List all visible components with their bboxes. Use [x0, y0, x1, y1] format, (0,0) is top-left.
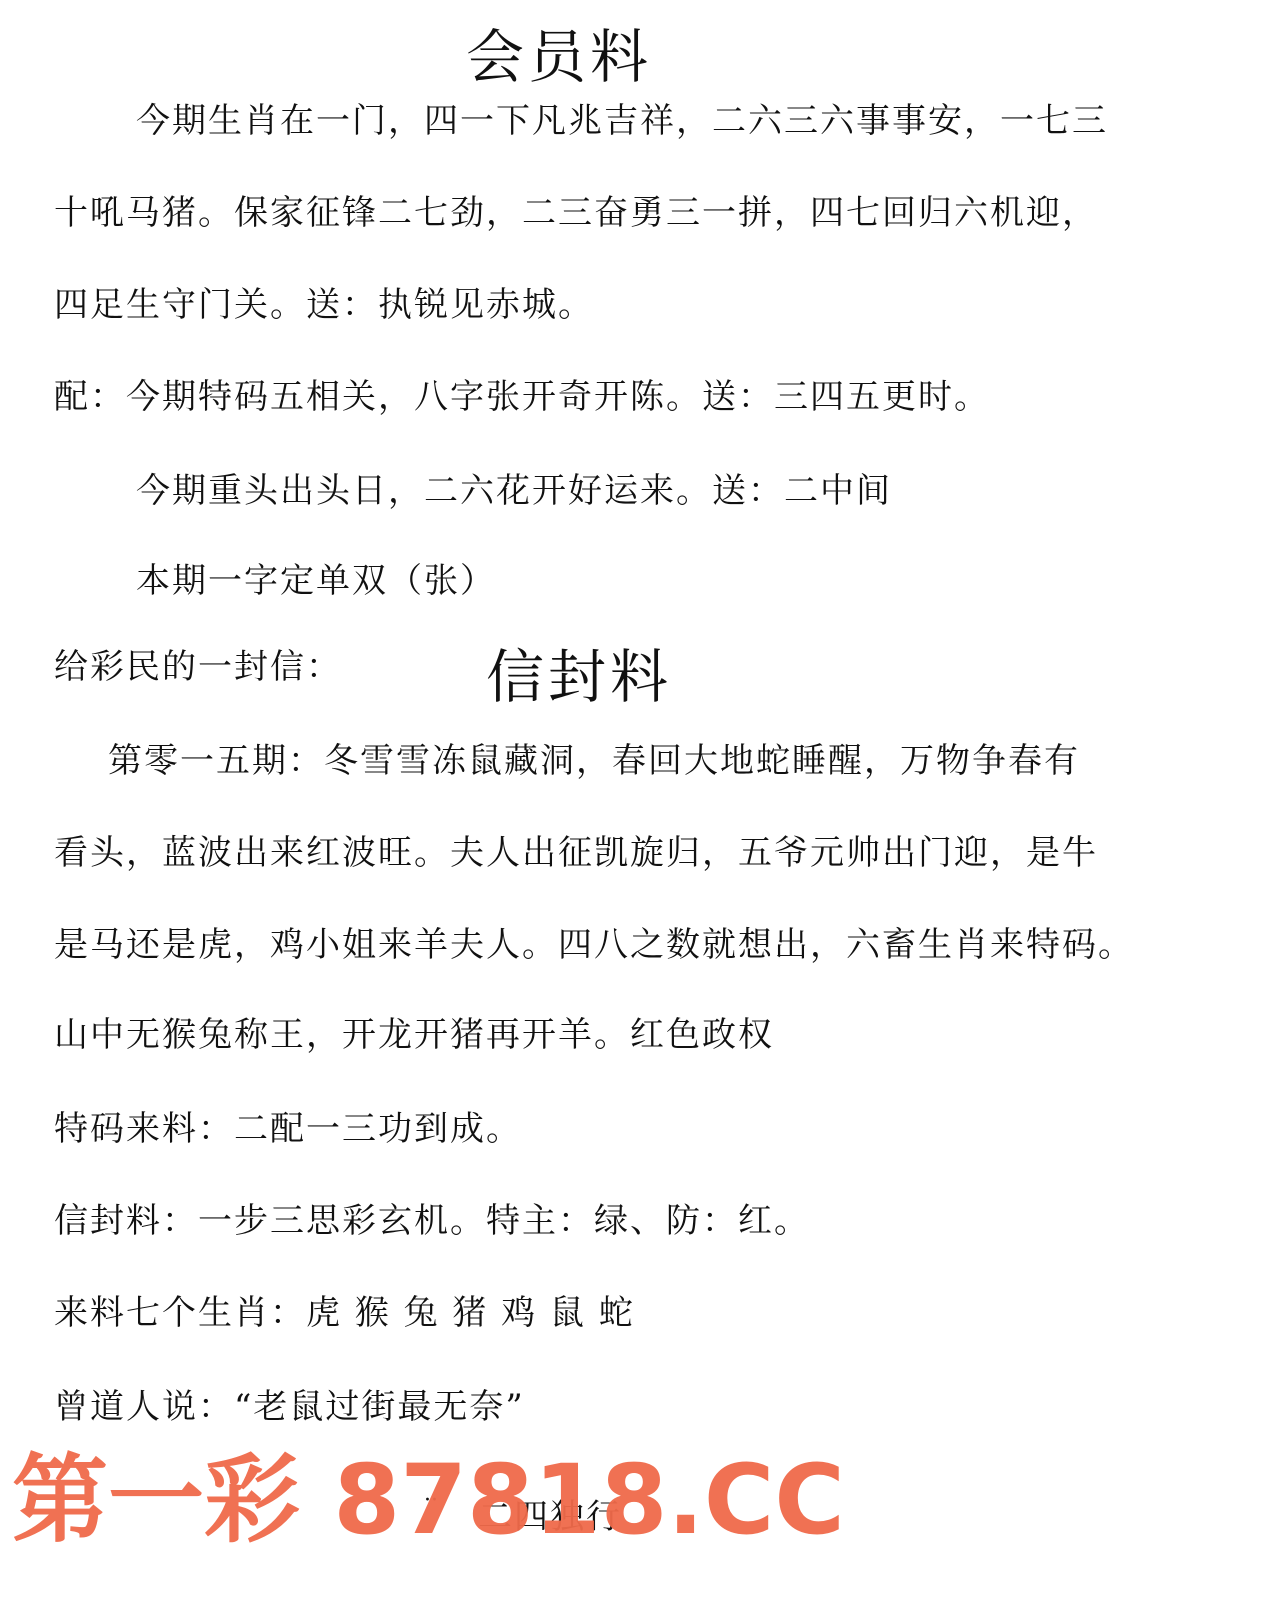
member-line-5: 今期重头出头日，二六花开好运来。送：二中间	[136, 474, 892, 508]
letter-intro-label: 给彩民的一封信：	[54, 650, 342, 684]
member-line-1: 今期生肖在一门，四一下凡兆吉祥，二六三六事事安，一七三	[136, 104, 1108, 138]
member-line-2: 十吼马猪。保家征锋二七劲，二三奋勇三一拼，四七回归六机迎，	[54, 196, 1098, 230]
envelope-line-4: 山中无猴兔称王，开龙开猪再开羊。红色政权	[54, 1018, 774, 1052]
envelope-line-8: 曾道人说：“老鼠过街最无奈”	[54, 1390, 525, 1424]
envelope-material-title: 信封料	[486, 648, 672, 706]
member-material-title: 会员料	[466, 28, 652, 86]
envelope-line-5: 特码来料：二配一三功到成。	[54, 1112, 522, 1146]
document-page: 会员料 今期生肖在一门，四一下凡兆吉祥，二六三六事事安，一七三 十吼马猪。保家征…	[0, 0, 1267, 1600]
envelope-line-7: 来料七个生肖：虎 猴 兔 猪 鸡 鼠 蛇	[54, 1296, 635, 1330]
member-line-3: 四足生守门关。送：执锐见赤城。	[54, 288, 594, 322]
member-line-6: 本期一字定单双（张）	[136, 564, 496, 598]
envelope-line-3: 是马还是虎，鸡小姐来羊夫人。四八之数就想出，六畜生肖来特码。	[54, 928, 1134, 962]
envelope-line-1: 第零一五期：冬雪雪冻鼠藏洞，春回大地蛇睡醒，万物争春有	[108, 744, 1080, 778]
site-watermark: 第一彩 87818.CC	[12, 1452, 845, 1548]
member-line-4: 配：今期特码五相关，八字张开奇开陈。送：三四五更时。	[54, 380, 990, 414]
envelope-line-2: 看头，蓝波出来红波旺。夫人出征凯旋归，五爷元帅出门迎，是牛	[54, 836, 1098, 870]
envelope-line-6: 信封料：一步三思彩玄机。特主：绿、防：红。	[54, 1204, 810, 1238]
